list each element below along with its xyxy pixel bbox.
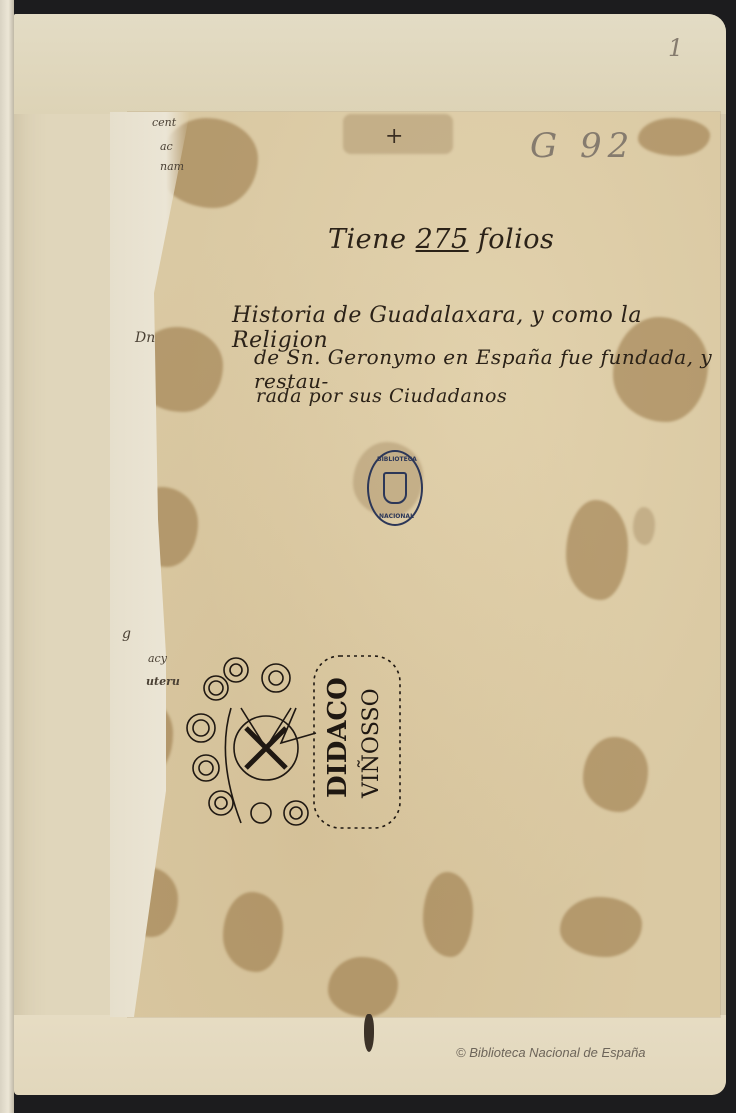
crest-icon: [383, 472, 407, 504]
library-stamp: BIBLIOTECA NACIONAL: [367, 450, 423, 526]
stain: [328, 957, 398, 1017]
stamp-top-text: BIBLIOTECA: [377, 456, 417, 463]
leaf-count-prefix: Tiene: [328, 224, 407, 255]
book-spine-edge: [0, 0, 14, 1113]
stamp-bottom-text: NACIONAL: [379, 513, 414, 520]
stain: [566, 500, 628, 600]
copyright-watermark: © Biblioteca Nacional de España: [456, 1045, 646, 1060]
cross-mark: +: [385, 124, 404, 149]
stain: [423, 872, 473, 957]
stain: [560, 897, 642, 957]
ex-libris-emblem-icon: DIDACO VIÑOSSO: [186, 648, 406, 838]
folio-number: 1: [668, 34, 683, 62]
stain: [633, 507, 655, 545]
outer-top-margin: [14, 14, 726, 114]
stain: [223, 892, 283, 972]
leaf-count-suffix: folios: [478, 224, 555, 255]
ex-libris-stamp: DIDACO VIÑOSSO: [186, 648, 406, 838]
margin-fragment: nam: [160, 160, 184, 173]
margin-fragment: ac: [160, 140, 173, 153]
leaf-count-number: 275: [416, 224, 469, 255]
margin-fragment: acy: [148, 652, 167, 665]
title-line-3: rada por sus Ciudadanos: [256, 385, 507, 407]
margin-fragment: g: [122, 626, 131, 642]
stain: [583, 737, 648, 812]
stain: [638, 118, 710, 156]
margin-fragment: uteru: [146, 675, 180, 688]
ink-drip: [364, 1014, 374, 1052]
ex-libris-name-2: VIÑOSSO: [356, 688, 384, 799]
shelfmark: G 92: [530, 126, 635, 166]
leaf-count-note: Tiene 275 folios: [328, 224, 554, 255]
margin-fragment: Dn: [135, 330, 155, 346]
margin-fragment: cent: [152, 116, 176, 129]
ex-libris-name-1: DIDACO: [323, 677, 353, 798]
